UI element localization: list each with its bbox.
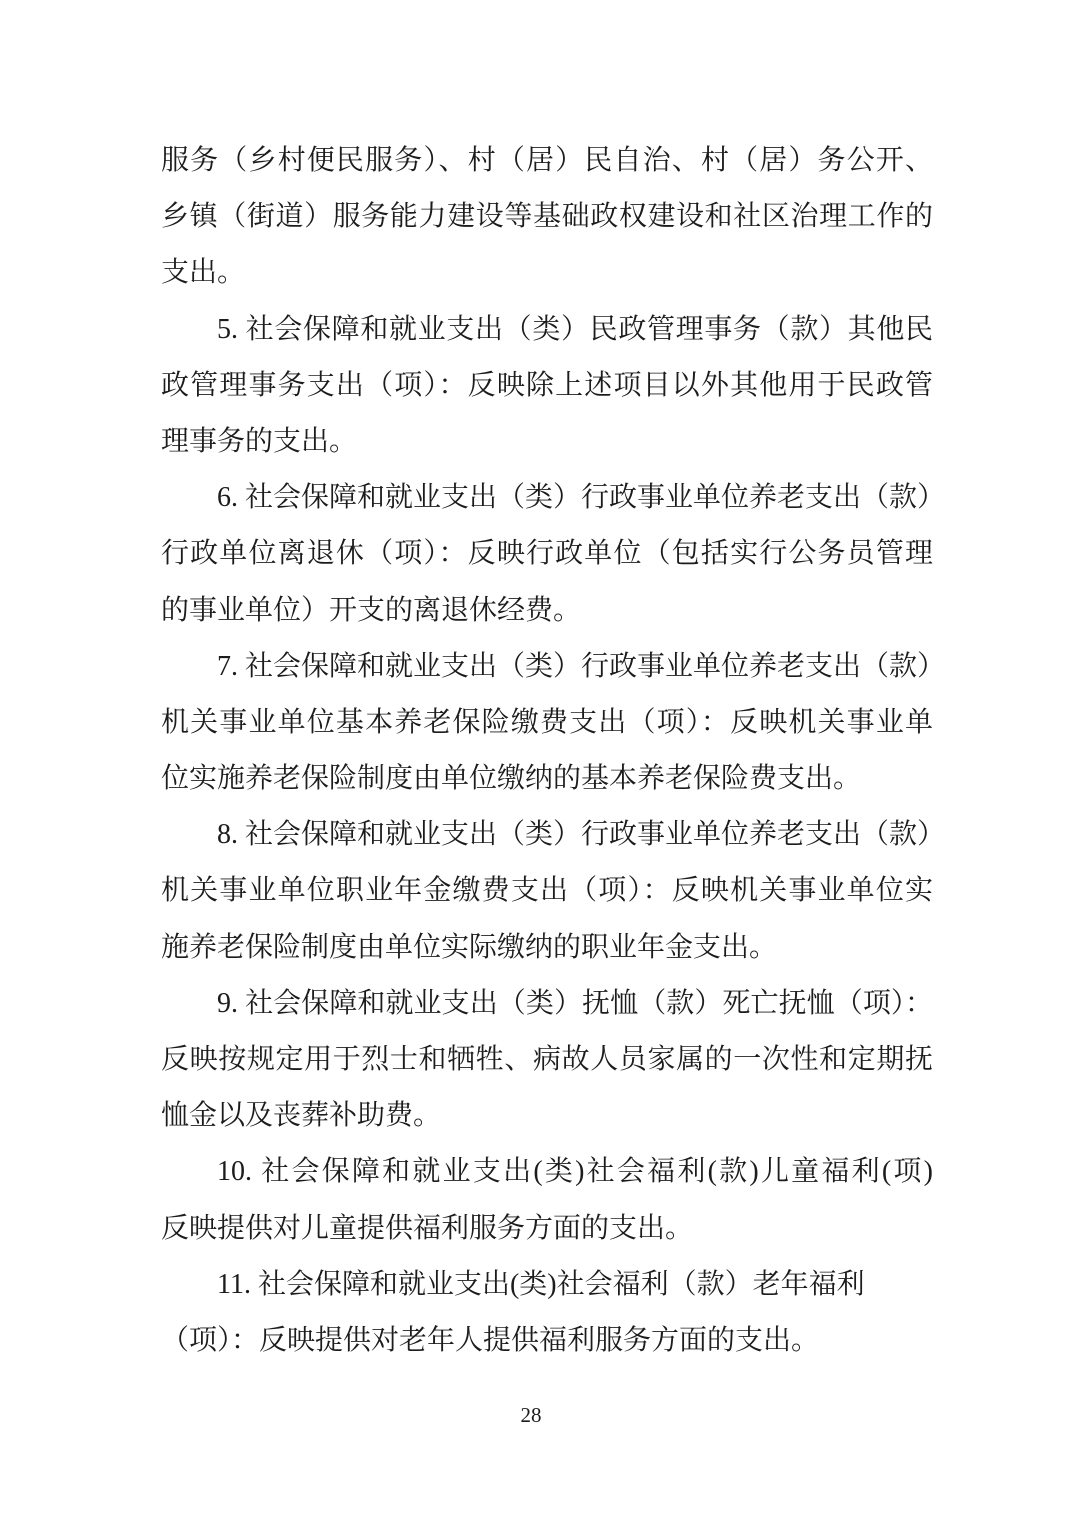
text-line: 11. 社会保障和就业支出(类)社会福利（款）老年福利 — [161, 1257, 933, 1313]
text-line: 8. 社会保障和就业支出（类）行政事业单位养老支出（款） — [161, 807, 933, 863]
text-line: 5. 社会保障和就业支出（类）民政管理事务（款）其他民 — [161, 302, 933, 358]
text-line: 服务（乡村便民服务）、村（居）民自治、村（居）务公开、 — [161, 133, 933, 189]
text-line: 7. 社会保障和就业支出（类）行政事业单位养老支出（款） — [161, 639, 933, 695]
text-line: 理事务的支出。 — [161, 414, 933, 470]
body-text: 服务（乡村便民服务）、村（居）民自治、村（居）务公开、 乡镇（街道）服务能力建设… — [161, 133, 933, 1369]
text-line: 机关事业单位职业年金缴费支出（项）：反映机关事业单位实 — [161, 863, 933, 919]
text-line: 的事业单位）开支的离退休经费。 — [161, 583, 933, 639]
text-line: （项）：反映提供对老年人提供福利服务方面的支出。 — [161, 1313, 933, 1369]
text-line: 支出。 — [161, 245, 933, 301]
text-line: 乡镇（街道）服务能力建设等基础政权建设和社区治理工作的 — [161, 189, 933, 245]
text-line: 10. 社会保障和就业支出(类)社会福利(款)儿童福利(项) — [161, 1144, 933, 1200]
text-line: 9. 社会保障和就业支出（类）抚恤（款）死亡抚恤（项）： — [161, 976, 933, 1032]
text-line: 政管理事务支出（项）：反映除上述项目以外其他用于民政管 — [161, 358, 933, 414]
document-page: 服务（乡村便民服务）、村（居）民自治、村（居）务公开、 乡镇（街道）服务能力建设… — [0, 0, 1074, 1520]
text-line: 恤金以及丧葬补助费。 — [161, 1088, 933, 1144]
page-number: 28 — [0, 1402, 1062, 1428]
text-line: 位实施养老保险制度由单位缴纳的基本养老保险费支出。 — [161, 751, 933, 807]
text-line: 反映按规定用于烈士和牺牲、病故人员家属的一次性和定期抚 — [161, 1032, 933, 1088]
text-line: 6. 社会保障和就业支出（类）行政事业单位养老支出（款） — [161, 470, 933, 526]
text-line: 机关事业单位基本养老保险缴费支出（项）：反映机关事业单 — [161, 695, 933, 751]
text-line: 反映提供对儿童提供福利服务方面的支出。 — [161, 1201, 933, 1257]
text-line: 行政单位离退休（项）：反映行政单位（包括实行公务员管理 — [161, 526, 933, 582]
text-line: 施养老保险制度由单位实际缴纳的职业年金支出。 — [161, 920, 933, 976]
